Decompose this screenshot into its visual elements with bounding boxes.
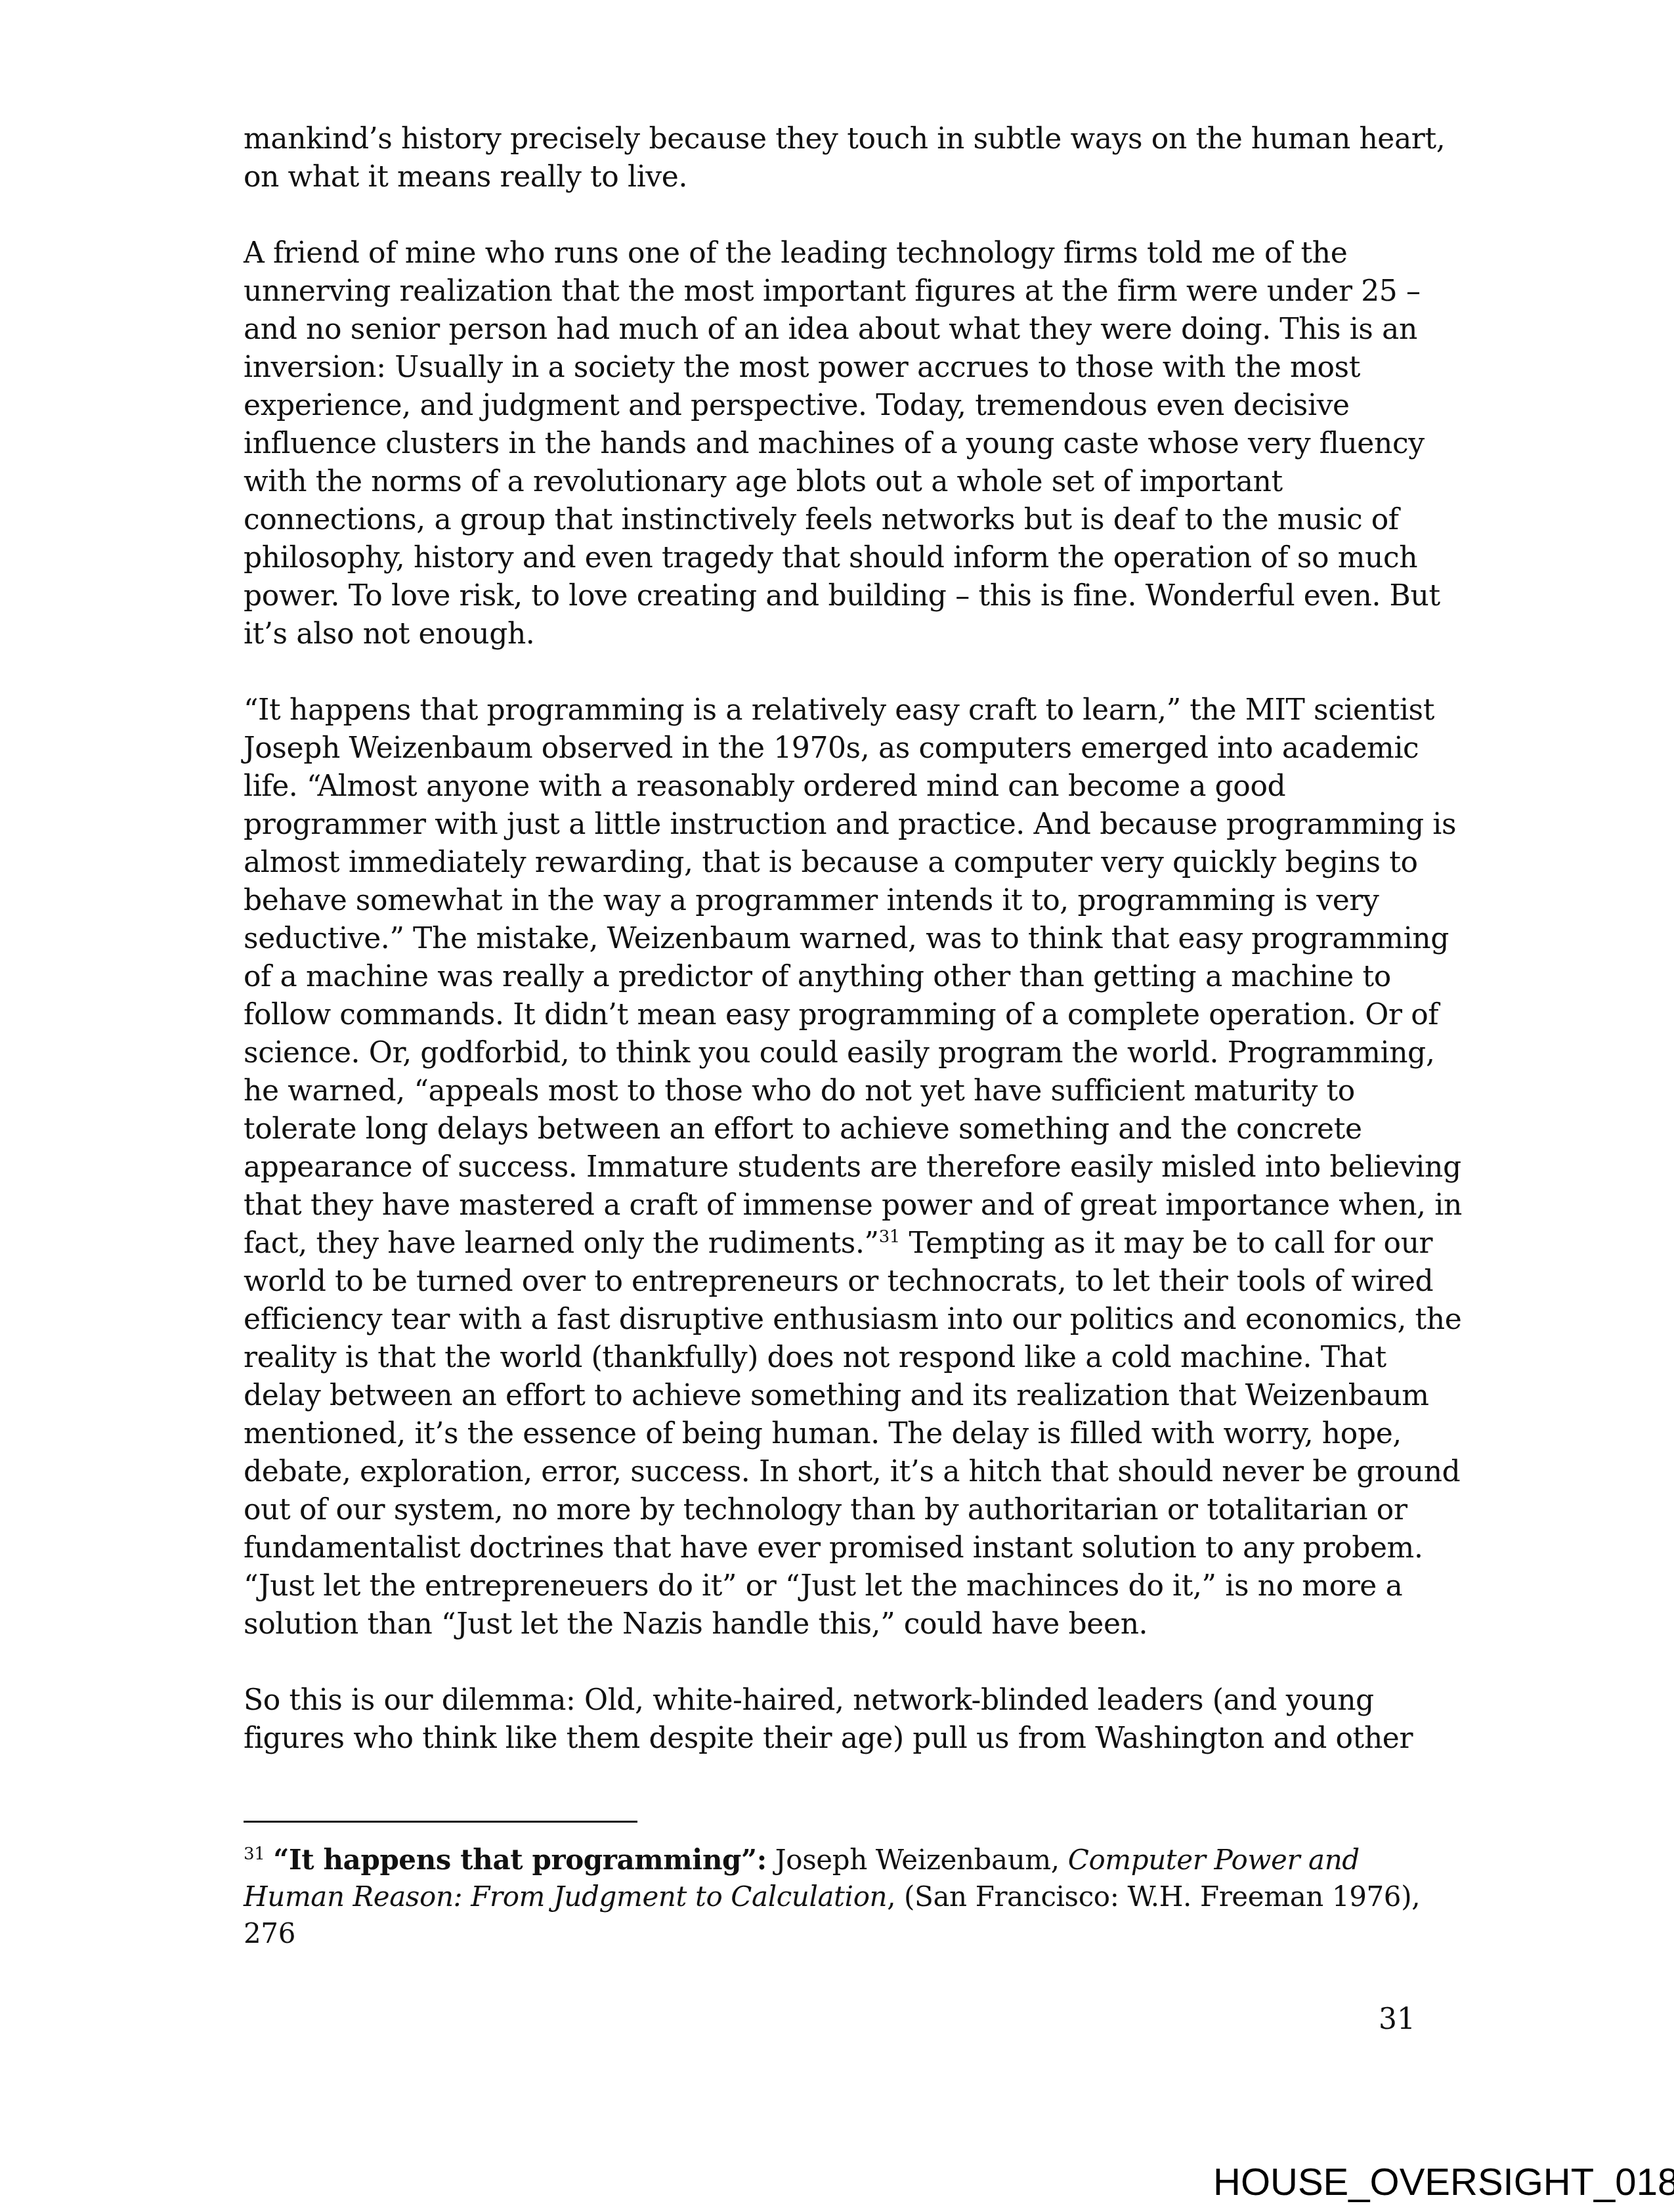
text-line: “It happens that programming is a relati… [244,691,1425,729]
text-line: debate, exploration, error, success. In … [244,1453,1425,1491]
text-line: that they have mastered a craft of immen… [244,1186,1425,1225]
footnote-lead: “It happens that programming”: [273,1844,767,1876]
text-line: “Just let the entrepreneuers do it” or “… [244,1567,1425,1605]
text-line: delay between an effort to achieve somet… [244,1377,1425,1415]
footnote-page: 276 [244,1915,1425,1952]
text-line: he warned, “appeals most to those who do… [244,1072,1425,1110]
text-line: out of our system, no more by technology… [244,1491,1425,1529]
text-line: experience, and judgment and perspective… [244,387,1425,425]
text-line: follow commands. It didn’t mean easy pro… [244,996,1425,1034]
footnote: 31 “It happens that programming”: Joseph… [244,1842,1425,1952]
text-segment: Tempting as it may be to call for our [900,1226,1432,1260]
text-line: connections, a group that instinctively … [244,501,1425,539]
footnote-publication: , (San Francisco: W.H. Freeman 1976), [887,1880,1420,1913]
text-line: and no senior person had much of an idea… [244,311,1425,349]
text-line: power. To love risk, to love creating an… [244,577,1425,615]
footnote-reference[interactable]: 31 [879,1227,900,1247]
text-line: with the norms of a revolutionary age bl… [244,463,1425,501]
text-line: So this is our dilemma: Old, white-haire… [244,1681,1425,1720]
text-line: seductive.” The mistake, Weizenbaum warn… [244,920,1425,958]
text-line: tolerate long delays between an effort t… [244,1110,1425,1148]
footnote-author: Joseph Weizenbaum, [767,1844,1068,1876]
text-line: reality is that the world (thankfully) d… [244,1339,1425,1377]
text-line: Joseph Weizenbaum observed in the 1970s,… [244,729,1425,768]
text-line: it’s also not enough. [244,615,1425,653]
text-line: influence clusters in the hands and mach… [244,425,1425,463]
text-line: inversion: Usually in a society the most… [244,349,1425,387]
text-line: programmer with just a little instructio… [244,806,1425,844]
text-line: mentioned, it’s the essence of being hum… [244,1415,1425,1453]
text-line: efficiency tear with a fast disruptive e… [244,1301,1425,1339]
footnote-line: 31 “It happens that programming”: Joseph… [244,1842,1425,1878]
text-line: of a machine was really a predictor of a… [244,958,1425,996]
text-line: mankind’s history precisely because they… [244,120,1425,158]
text-line: life. “Almost anyone with a reasonably o… [244,768,1425,806]
text-line: unnerving realization that the most impo… [244,272,1425,311]
page-number: 31 [1379,2003,1415,2036]
text-line: philosophy, history and even tragedy tha… [244,539,1425,577]
text-line: appearance of success. Immature students… [244,1148,1425,1186]
text-line: on what it means really to live. [244,158,1425,196]
text-line: behave somewhat in the way a programmer … [244,882,1425,920]
document-page: mankind’s history precisely because they… [0,0,1674,2212]
text-line: fundamentalist doctrines that have ever … [244,1529,1425,1567]
footnote-number: 31 [244,1844,265,1864]
footnote-title: Human Reason: From Judgment to Calculati… [244,1880,887,1913]
text-line: world to be turned over to entrepreneurs… [244,1263,1425,1301]
text-segment: fact, they have learned only the rudimen… [244,1226,879,1260]
footnote-title: Computer Power and [1068,1844,1360,1876]
footnote-line: Human Reason: From Judgment to Calculati… [244,1878,1425,1915]
text-line: science. Or, godforbid, to think you cou… [244,1034,1425,1072]
text-line: figures who think like them despite thei… [244,1720,1425,1758]
text-line: almost immediately rewarding, that is be… [244,844,1425,882]
text-line: solution than “Just let the Nazis handle… [244,1605,1425,1643]
text-line-with-footnote-ref: fact, they have learned only the rudimen… [244,1225,1425,1263]
footnote-separator [244,1821,637,1823]
body-text: mankind’s history precisely because they… [244,120,1425,1758]
text-line: A friend of mine who runs one of the lea… [244,234,1425,272]
bates-stamp: HOUSE_OVERSIGHT_018263 [1213,2160,1674,2204]
